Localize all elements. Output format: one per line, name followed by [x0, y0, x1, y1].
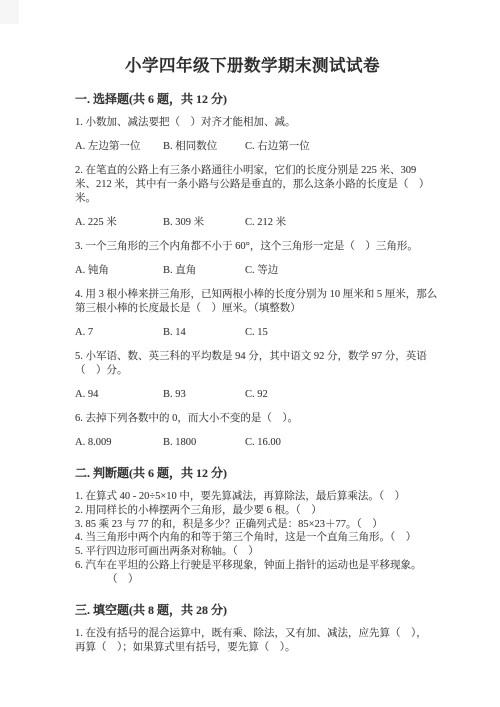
choice-options-row-4: A. 7 B. 14 C. 15: [75, 326, 500, 340]
choice-question-2: 2. 在笔直的公路上有三条小路通往小明家，它们的长度分别是 225 米、309 …: [75, 164, 500, 206]
judgement-statement-1: 1. 在算式 40 - 20÷5×10 中，要先算减法，再算除法，最后算乘法。（…: [75, 490, 500, 504]
page-title: 小学四年级下册数学期末测试试卷: [75, 56, 430, 76]
choice-question-1: 1. 小数加、减法要把（ ）对齐才能相加、减。: [75, 116, 500, 130]
question-text-line: 再算（ ）；如果算式里有括号，要先算（ ）。: [75, 641, 500, 655]
judgement-statement-5: 5. 平行四边形可画出两条对称轴。（ ）: [75, 545, 500, 559]
option-a: A. 7: [75, 326, 163, 340]
option-b: B. 93: [163, 388, 245, 402]
judgement-statement-6-blank: （ ）: [75, 573, 500, 587]
exam-paper-page: 小学四年级下册数学期末测试试卷 一. 选择题(共 6 题，共 12 分) 1. …: [0, 0, 500, 707]
section-choice-heading: 一. 选择题(共 6 题，共 12 分): [75, 92, 500, 106]
question-text-line: 米、212 米，其中有一条小路与公路是垂直的，那么这条小路的长度是（ ）: [75, 178, 500, 192]
option-a: A. 8.009: [75, 436, 163, 450]
question-text-line: 3. 一个三角形的三个内角都不小于 60°，这个三角形一定是（ ）三角形。: [75, 240, 500, 254]
question-text-line: 1. 小数加、减法要把（ ）对齐才能相加、减。: [75, 116, 500, 130]
question-text-line: 5. 小军语、数、英三科的平均数是 94 分，其中语文 92 分，数学 97 分…: [75, 350, 500, 364]
question-text-line: 第三根小棒的长度最长是（ ）厘米。（填整数）: [75, 302, 500, 316]
judgement-statement-3: 3. 85 乘 23 与 77 的和，积是多少？正确列式是：85×23＋77。（…: [75, 518, 500, 532]
choice-options-row-1: A. 左边第一位 B. 相同数位 C. 右边第一位: [75, 140, 500, 154]
fill-question-1: 1. 在没有括号的混合运算中，既有乘、除法，又有加、减法，应先算（ ）， 再算（…: [75, 627, 500, 655]
question-text-line: 4. 用 3 根小棒来拼三角形，已知两根小棒的长度分别为 10 厘米和 5 厘米…: [75, 288, 500, 302]
option-c: C. 右边第一位: [245, 140, 500, 154]
choice-question-4: 4. 用 3 根小棒来拼三角形，已知两根小棒的长度分别为 10 厘米和 5 厘米…: [75, 288, 500, 316]
section-judgement-heading: 二. 判断题(共 6 题，共 12 分): [75, 466, 500, 480]
option-a: A. 225 米: [75, 216, 163, 230]
option-b: B. 309 米: [163, 216, 245, 230]
question-text-line: 1. 在没有括号的混合运算中，既有乘、除法，又有加、减法，应先算（ ），: [75, 627, 500, 641]
option-b: B. 直角: [163, 264, 245, 278]
option-c: C. 等边: [245, 264, 500, 278]
option-b: B. 相同数位: [163, 140, 245, 154]
judgement-statement-4: 4. 当三角形中两个内角的和等于第三个角时，这是一个直角三角形。（ ）: [75, 531, 500, 545]
question-text-line: （ ）分。: [75, 364, 500, 378]
option-c: C. 15: [245, 326, 500, 340]
question-text-line: 6. 去掉下列各数中的 0，而大小不变的是（ ）。: [75, 412, 500, 426]
option-a: A. 左边第一位: [75, 140, 163, 154]
choice-options-row-6: A. 8.009 B. 1800 C. 16.00: [75, 436, 500, 450]
option-b: B. 1800: [163, 436, 245, 450]
option-a: A. 钝角: [75, 264, 163, 278]
question-text-line: 2. 在笔直的公路上有三条小路通往小明家，它们的长度分别是 225 米、309: [75, 164, 500, 178]
judgement-statement-2: 2. 用同样长的小棒摆两个三角形，最少要 6 根。（ ）: [75, 504, 500, 518]
choice-options-row-3: A. 钝角 B. 直角 C. 等边: [75, 264, 500, 278]
option-c: C. 212 米: [245, 216, 500, 230]
scan-artifact: [0, 0, 19, 24]
judgement-statement-6: 6. 汽车在平坦的公路上行驶是平移现象，钟面上指针的运动也是平移现象。: [75, 559, 500, 573]
judgement-statements: 1. 在算式 40 - 20÷5×10 中，要先算减法，再算除法，最后算乘法。（…: [75, 490, 500, 587]
choice-question-3: 3. 一个三角形的三个内角都不小于 60°，这个三角形一定是（ ）三角形。: [75, 240, 500, 254]
option-a: A. 94: [75, 388, 163, 402]
section-fill-heading: 三. 填空题(共 8 题，共 28 分): [75, 603, 500, 617]
option-b: B. 14: [163, 326, 245, 340]
question-text-line: 米。: [75, 192, 500, 206]
choice-question-6: 6. 去掉下列各数中的 0，而大小不变的是（ ）。: [75, 412, 500, 426]
option-c: C. 16.00: [245, 436, 500, 450]
choice-options-row-2: A. 225 米 B. 309 米 C. 212 米: [75, 216, 500, 230]
option-c: C. 92: [245, 388, 500, 402]
choice-options-row-5: A. 94 B. 93 C. 92: [75, 388, 500, 402]
choice-question-5: 5. 小军语、数、英三科的平均数是 94 分，其中语文 92 分，数学 97 分…: [75, 350, 500, 378]
